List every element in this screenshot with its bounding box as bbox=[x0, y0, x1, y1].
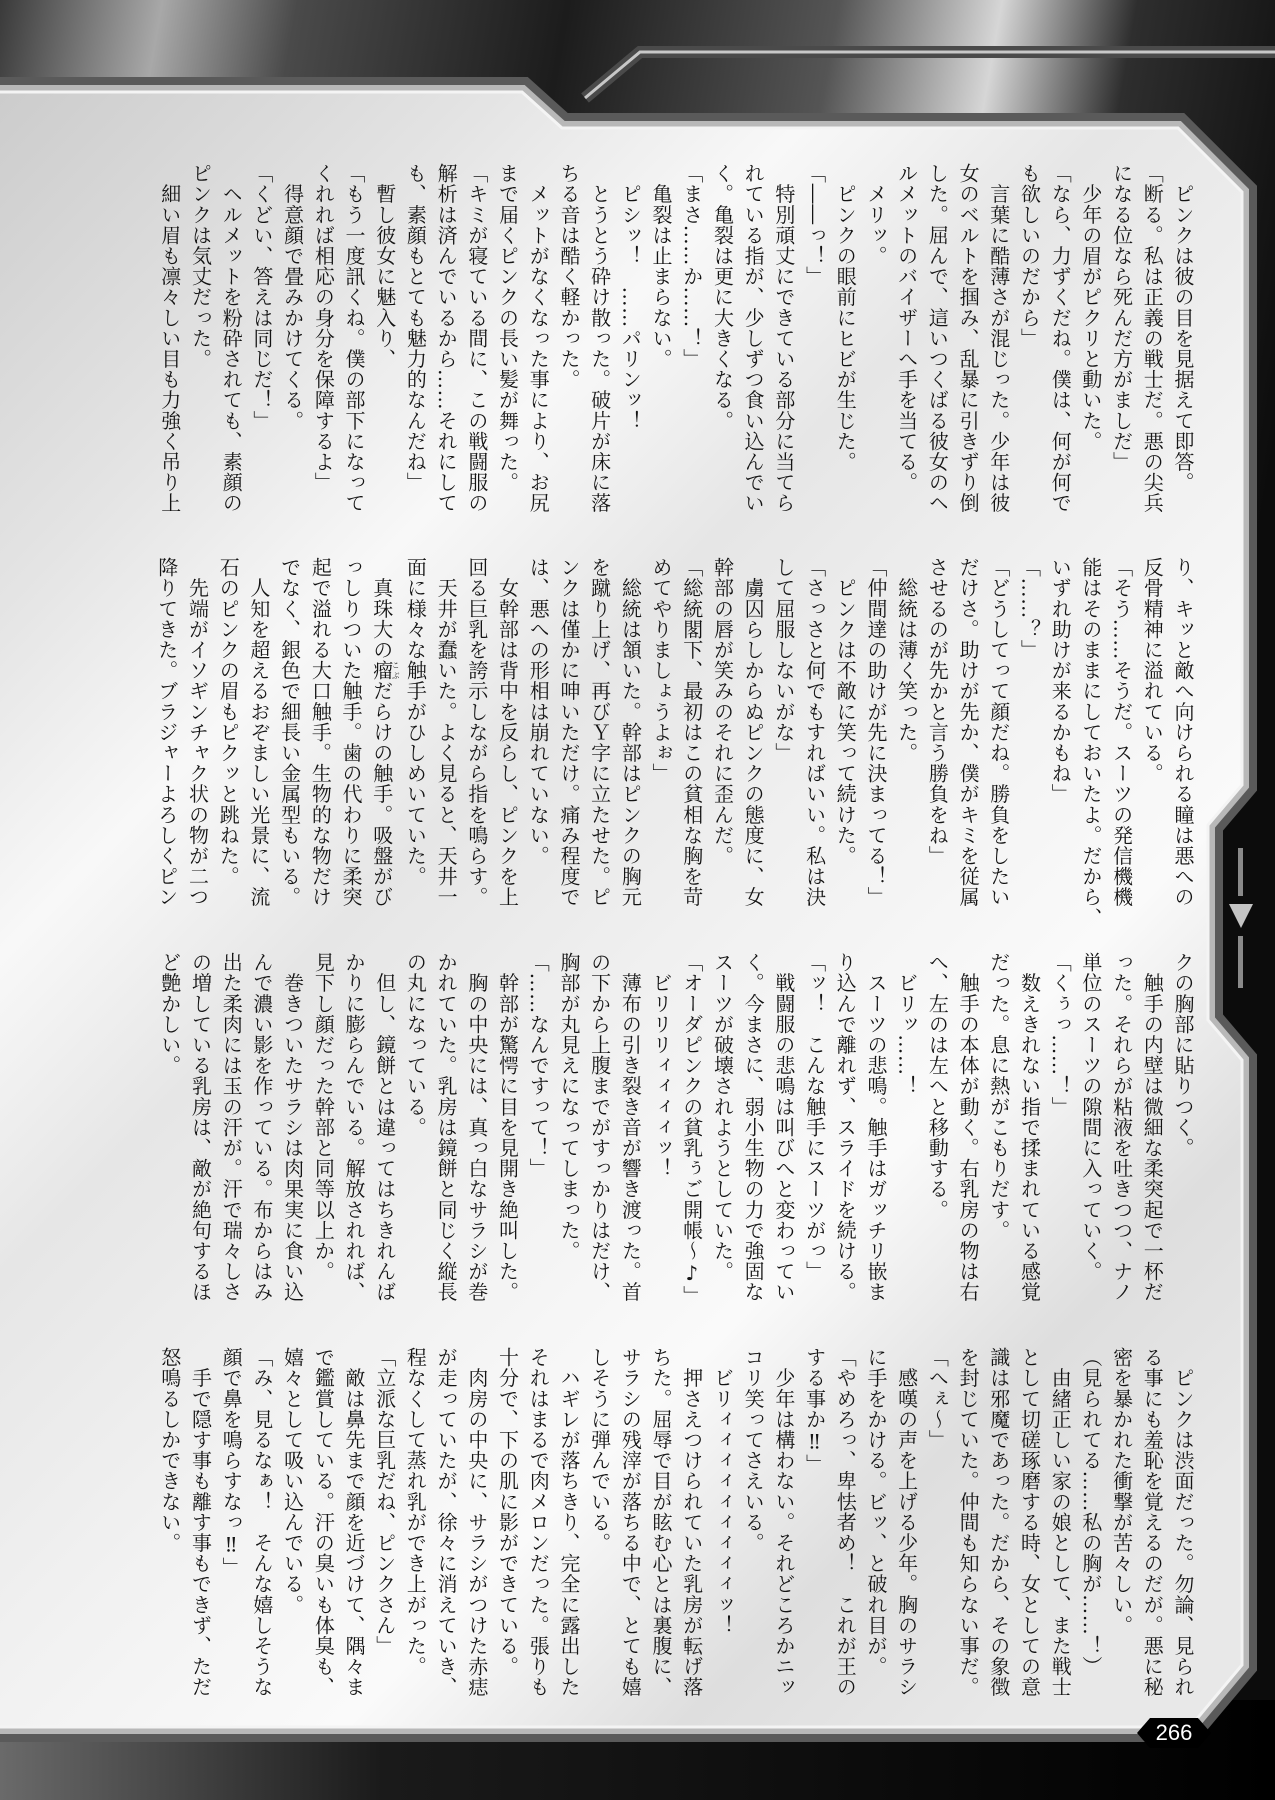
text-line: 能はそのままにしておいたよ。だから、 bbox=[1075, 557, 1106, 913]
text-line: メリッ。 bbox=[860, 163, 891, 519]
text-line: の下から上腹までがすっかりはだけ、 bbox=[584, 952, 615, 1308]
text-line: 「立派な巨乳だね、ピンクさん」 bbox=[369, 1347, 400, 1703]
text-line: ど艶かしい。 bbox=[154, 952, 185, 1308]
text-line: ピンクは渋面だった。勿論、見られ bbox=[1167, 1347, 1198, 1703]
text-line: 胸部が丸見えになってしまった。 bbox=[553, 952, 584, 1308]
text-line: くれれば相応の身分を保障するよ」 bbox=[308, 163, 339, 519]
text-line: めてやりましょうよぉ」 bbox=[645, 557, 676, 913]
text-line: は、悪への形相は崩れていない。 bbox=[523, 557, 554, 913]
text-line: ピシッ！ ……パリンッ！ bbox=[615, 163, 646, 519]
text-line: が走っていたが、徐々に消えていき、 bbox=[430, 1347, 461, 1703]
text-line: 「くどい、答えは同じだ！」 bbox=[246, 163, 277, 519]
text-line: 「くぅっ……！」 bbox=[1044, 952, 1075, 1308]
text-line: する事か‼」 bbox=[799, 1347, 830, 1703]
text-line: んで濃い影を作っている。布からはみ bbox=[246, 952, 277, 1308]
text-line: 少年は構わない。それどころかニッ bbox=[768, 1347, 799, 1703]
text-segment: 真珠大の bbox=[370, 557, 394, 660]
text-line: 「へぇ～」 bbox=[922, 1347, 953, 1703]
text-line: しそうに弾んでいる。 bbox=[584, 1347, 615, 1703]
text-line: 先端がイソギンチャク状の物が二つ bbox=[182, 557, 213, 913]
text-line: かりに膨らんでいる。解放されれば、 bbox=[338, 952, 369, 1308]
text-line: だけさ。助けが先か、僕がキミを従属 bbox=[952, 557, 983, 913]
text-line: 「ッ！ こんな触手にスーツがっ」 bbox=[799, 952, 830, 1308]
text-line: 得意顔で畳みかけてくる。 bbox=[277, 163, 308, 519]
text-line: る事にも羞恥を覚えるのだが。悪に秘 bbox=[1137, 1347, 1168, 1703]
text-line: 「もう一度訊くね。僕の部下になって bbox=[338, 163, 369, 519]
text-line: でなく、銀色で細長い金属型もいる。 bbox=[274, 557, 305, 913]
text-line: 密を暴かれた衝撃が苦々しい。 bbox=[1106, 1347, 1137, 1703]
logo-mark bbox=[1238, 848, 1243, 896]
text-line: 出た柔肉には玉の汗が。汗で瑞々しさ bbox=[216, 952, 247, 1308]
text-line: く。今まさに、弱小生物の力で強固な bbox=[737, 952, 768, 1308]
text-line: 感嘆の声を上げる少年。胸のサラシ bbox=[891, 1347, 922, 1703]
text-line: コリ笑ってさえいる。 bbox=[737, 1347, 768, 1703]
text-line: 数えきれない指で揉まれている感覚 bbox=[1014, 952, 1045, 1308]
text-line: も欲しいのだから」 bbox=[1014, 163, 1045, 519]
text-line: 識は邪魔であった。だから、その象徴 bbox=[983, 1347, 1014, 1703]
text-line: ヘルメットを粉砕されても、素顔の bbox=[216, 163, 247, 519]
text-line: で鑑賞している。汗の臭いも体臭も、 bbox=[308, 1347, 339, 1703]
text-line: 反骨精神に溢れている。 bbox=[1137, 557, 1168, 913]
text-line: 「断る。私は正義の戦士だ。悪の尖兵 bbox=[1137, 163, 1168, 519]
text-line: 「……なんですって！」 bbox=[523, 952, 554, 1308]
text-line: した。屈んで、這いつくばる彼女のヘ bbox=[922, 163, 953, 519]
page-number: 266 bbox=[1137, 1718, 1211, 1748]
text-line: 少年の眉がピクリと動いた。 bbox=[1075, 163, 1106, 519]
text-line: の丸になっている。 bbox=[400, 952, 431, 1308]
text-line: った。それらが粘液を吐きつつ、ナノ bbox=[1106, 952, 1137, 1308]
text-line: 解析は済んでいるから……それにして bbox=[430, 163, 461, 519]
text-line: 手で隠す事も離す事もできず、ただ bbox=[185, 1347, 216, 1703]
text-line: 起で溢れる大口触手。生物的な物だけ bbox=[305, 557, 336, 913]
text-line: 女幹部は背中を反らし、ピンクを上 bbox=[492, 557, 523, 913]
text-line: ハギレが落ちきり、完全に露出した bbox=[553, 1347, 584, 1703]
text-line: 細い眉も凛々しい目も力強く吊り上 bbox=[154, 163, 185, 519]
text-line: 「み、見るなぁ！ そんな嬉しそうな bbox=[246, 1347, 277, 1703]
text-line: 回る巨乳を誇示しながら指を鳴らす。 bbox=[461, 557, 492, 913]
text-line: 「……？」 bbox=[1014, 557, 1045, 913]
text-line: 但し、鏡餅とは違ってはちきれんば bbox=[369, 952, 400, 1308]
text-line: の増している乳房は、敵が絶句するほ bbox=[185, 952, 216, 1308]
text-line: クの胸部に貼りつく。 bbox=[1167, 952, 1198, 1308]
text-line: 女のベルトを掴み、乱暴に引きずり倒 bbox=[952, 163, 983, 519]
text-line: へ、左のは左へと移動する。 bbox=[922, 952, 953, 1308]
ruby-annotation: 瘤こぶ bbox=[370, 660, 394, 681]
text-line: ピンクは彼の目を見据えて即答。 bbox=[1167, 163, 1198, 519]
text-line: 面に様々な触手がひしめいていた。 bbox=[400, 557, 431, 913]
text-line: 「やめろっ、卑怯者め！ これが王の bbox=[830, 1347, 861, 1703]
text-line: ビリィィィィィィィィィッ！ bbox=[707, 1347, 738, 1703]
text-line: サラシの残滓が落ちる中で、とても嬉 bbox=[615, 1347, 646, 1703]
text-tier-4: ピンクは渋面だった。勿論、見られ る事にも羞恥を覚えるのだが。悪に秘 密を暴かれ… bbox=[154, 1347, 1198, 1703]
text-line: 虜囚らしからぬピンクの態度に、女 bbox=[737, 557, 768, 913]
text-tier-1: ピンクは彼の目を見据えて即答。 「断る。私は正義の戦士だ。悪の尖兵 になる位なら… bbox=[154, 163, 1198, 519]
logo-mark bbox=[1238, 936, 1243, 988]
text-line: 敵は鼻先まで顔を近づけて、隅々ま bbox=[338, 1347, 369, 1703]
text-line: り込んで離れず、スライドを続ける。 bbox=[830, 952, 861, 1308]
text-line: させるのが先かと言う勝負をね」 bbox=[922, 557, 953, 913]
text-tier-3: クの胸部に貼りつく。 触手の内壁は微細な柔突起で一杯だ った。それらが粘液を吐き… bbox=[154, 952, 1198, 1308]
text-line: 幹部が驚愕に目を見開き絶叫した。 bbox=[492, 952, 523, 1308]
text-line: 「総統閣下、最初はこの貧相な胸を苛 bbox=[676, 557, 707, 913]
text-line: 「どうしてって顔だね。勝負をしたい bbox=[983, 557, 1014, 913]
text-line-with-ruby: 真珠大の瘤こぶだらけの触手。吸盤がび bbox=[366, 557, 400, 913]
text-line: 肉房の中央に、サラシがつけた赤痣 bbox=[461, 1347, 492, 1703]
text-line: を蹴り上げ、再びＹ字に立たせた。ピ bbox=[584, 557, 615, 913]
text-line: 戦闘服の悲鳴は叫びへと変わってい bbox=[768, 952, 799, 1308]
text-line: だった。息に熱がこもりだす。 bbox=[983, 952, 1014, 1308]
text-line: を封じていた。仲間も知らない事だ。 bbox=[952, 1347, 983, 1703]
text-line: ピンクの眼前にヒビが生じた。 bbox=[830, 163, 861, 519]
text-line: 言葉に酷薄さが混じった。少年は彼 bbox=[983, 163, 1014, 519]
text-line: 「仲間達の助けが先に決まってる！」 bbox=[860, 557, 891, 913]
text-line: り、キッと敵へ向けられる瞳は悪への bbox=[1167, 557, 1198, 913]
text-line: 「オーダピンクの貧乳ぅご開帳～♪」 bbox=[676, 952, 707, 1308]
text-line: 怒鳴るしかできない。 bbox=[154, 1347, 185, 1703]
text-line: 石のピンクの眉もピクッと跳ねた。 bbox=[213, 557, 244, 913]
text-line: ピンクは気丈だった。 bbox=[185, 163, 216, 519]
text-line: になる位なら死んだ方がましだ」 bbox=[1106, 163, 1137, 519]
text-line: ちる音は酷く軽かった。 bbox=[553, 163, 584, 519]
text-line: 天井が蠢いた。よく見ると、天井一 bbox=[430, 557, 461, 913]
text-line: まで届くピンクの長い髪が舞った。 bbox=[492, 163, 523, 519]
text-line: 総統は頷いた。幹部はピンクの胸元 bbox=[615, 557, 646, 913]
text-line: 特別頑丈にできている部分に当てら bbox=[768, 163, 799, 519]
text-line: 十分で、下の肌に影ができている。 bbox=[492, 1347, 523, 1703]
text-tier-2: り、キッと敵へ向けられる瞳は悪への 反骨精神に溢れている。 「そう……そうだ。ス… bbox=[154, 557, 1198, 913]
text-line: とうとう砕け散った。破片が床に落 bbox=[584, 163, 615, 519]
text-line: として切磋琢磨する時、女としての意 bbox=[1014, 1347, 1045, 1703]
text-segment: だらけの触手。吸盤がび bbox=[370, 681, 394, 908]
text-line: それはまるで肉メロンだった。張りも bbox=[523, 1347, 554, 1703]
text-line: 触手の本体が動く。右乳房の物は右 bbox=[952, 952, 983, 1308]
text-line: 単位のスーツの隙間に入っていく。 bbox=[1075, 952, 1106, 1308]
ruby-text: こぶ bbox=[391, 660, 400, 681]
text-line: 「まさ……か……！」 bbox=[676, 163, 707, 519]
text-line: 触手の内壁は微細な柔突起で一杯だ bbox=[1137, 952, 1168, 1308]
text-line: っしりついた触手。歯の代わりに柔突 bbox=[335, 557, 366, 913]
text-line: 「キミが寝ている間に、この戦闘服の bbox=[461, 163, 492, 519]
text-line: ルメットのバイザーへ手を当てる。 bbox=[891, 163, 922, 519]
text-line: ビリッ……！ bbox=[891, 952, 922, 1308]
text-line: 幹部の唇が笑みのそれに歪んだ。 bbox=[707, 557, 738, 913]
text-line: 巻きついたサラシは肉果実に食い込 bbox=[277, 952, 308, 1308]
text-line: かれていた。乳房は鏡餅と同じく縦長 bbox=[430, 952, 461, 1308]
text-line: も、素顔もとても魅力的なんだね」 bbox=[400, 163, 431, 519]
text-line: 「そう……そうだ。スーツの発信機機 bbox=[1106, 557, 1137, 913]
text-line: 「さっさと何でもすればいい。私は決 bbox=[799, 557, 830, 913]
text-line: 総統は薄く笑った。 bbox=[891, 557, 922, 913]
text-line: 薄布の引き裂き音が響き渡った。首 bbox=[615, 952, 646, 1308]
text-line: スーツの悲鳴。触手はガッチリ嵌ま bbox=[860, 952, 891, 1308]
text-line: 降りてきた。ブラジャーよろしくピン bbox=[151, 557, 182, 913]
text-line: して屈服しないがな」 bbox=[768, 557, 799, 913]
text-line: 顔で鼻を鳴らすなっ‼」 bbox=[216, 1347, 247, 1703]
text-line: 押さえつけられていた乳房が転げ落 bbox=[676, 1347, 707, 1703]
text-line: 程なくして蒸れ乳ができ上がった。 bbox=[400, 1347, 431, 1703]
text-line: 嬉々として吸い込んでいる。 bbox=[277, 1347, 308, 1703]
text-line: 「――っ！」 bbox=[799, 163, 830, 519]
text-line: れている指が、少しずつ食い込んでい bbox=[737, 163, 768, 519]
text-line: く。亀裂は更に大きくなる。 bbox=[707, 163, 738, 519]
text-line: メットがなくなった事により、お尻 bbox=[523, 163, 554, 519]
text-line: 暫し彼女に魅入り、 bbox=[369, 163, 400, 519]
text-line: （見られてる……私の胸が……！） bbox=[1075, 1347, 1106, 1703]
text-line: に手をかける。ビッ、と破れ目が。 bbox=[860, 1347, 891, 1703]
text-line: 胸の中央には、真っ白なサラシが巻 bbox=[461, 952, 492, 1308]
text-line: いずれ助けが来るかもね」 bbox=[1044, 557, 1075, 913]
text-line: ちた。屈辱で目が眩む心とは裏腹に、 bbox=[645, 1347, 676, 1703]
text-line: 亀裂は止まらない。 bbox=[645, 163, 676, 519]
text-line: 「なら、力ずくだね。僕は、何が何で bbox=[1044, 163, 1075, 519]
text-line: ンクは僅かに呻いただけ。痛み程度で bbox=[553, 557, 584, 913]
text-line: スーツが破壊されようとしていた。 bbox=[707, 952, 738, 1308]
text-line: ピンクは不敵に笑って続けた。 bbox=[830, 557, 861, 913]
text-line: 見下し顔だった幹部と同等以上か。 bbox=[308, 952, 339, 1308]
text-line: ビリリリィィィィッ！ bbox=[645, 952, 676, 1308]
text-line: 人知を超えるおぞましい光景に、流 bbox=[243, 557, 274, 913]
text-line: 由緒正しい家の娘として、また戦士 bbox=[1044, 1347, 1075, 1703]
